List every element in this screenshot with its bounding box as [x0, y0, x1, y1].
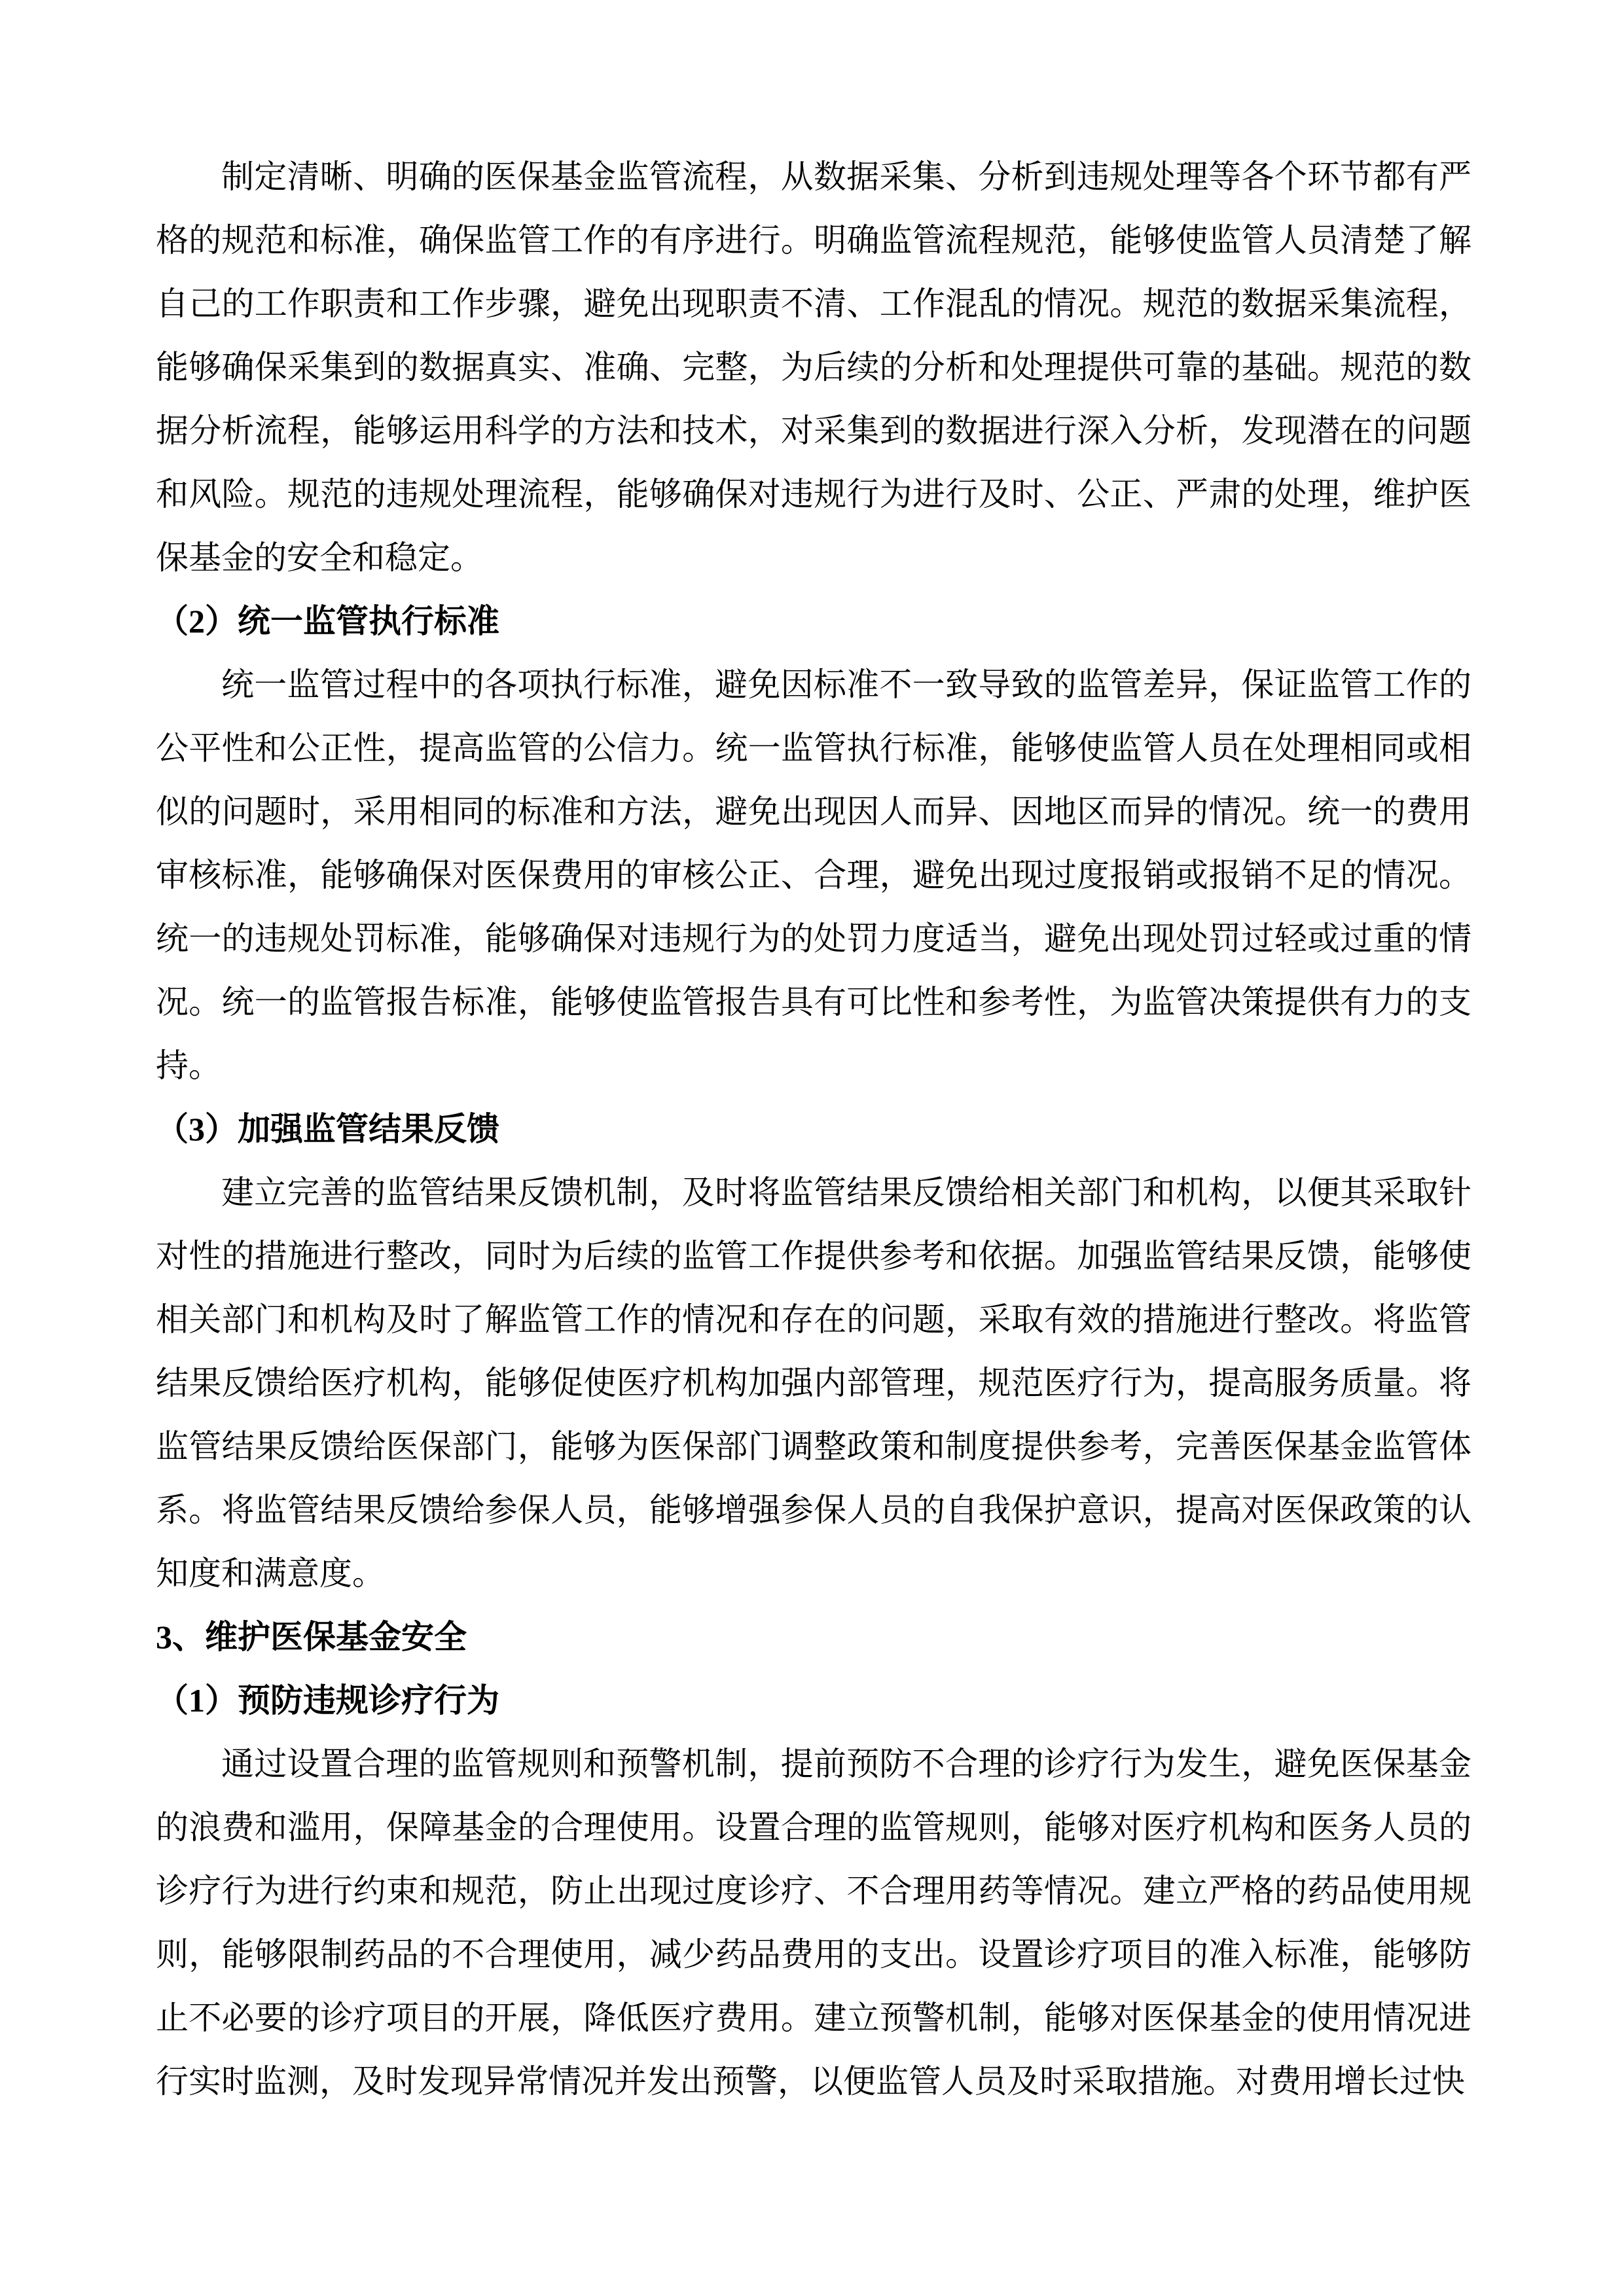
document-content: 制定清晰、明确的医保基金监管流程，从数据采集、分析到违规处理等各个环节都有严格的… [156, 145, 1471, 2113]
paragraph-supervision-process: 制定清晰、明确的医保基金监管流程，从数据采集、分析到违规处理等各个环节都有严格的… [156, 145, 1471, 590]
paragraph-result-feedback-detail: 建立完善的监管结果反馈机制，及时将监管结果反馈给相关部门和机构，以便其采取针对性… [156, 1161, 1471, 1605]
heading-prevent-violation-treatment: （1）预防违规诊疗行为 [156, 1669, 1471, 1732]
heading-strengthen-result-feedback: （3）加强监管结果反馈 [156, 1098, 1471, 1161]
paragraph-prevent-violation-detail: 通过设置合理的监管规则和预警机制，提前预防不合理的诊疗行为发生，避免医保基金的浪… [156, 1732, 1471, 2113]
heading-safeguard-fund-security: 3、维护医保基金安全 [156, 1605, 1471, 1669]
heading-unify-enforcement-standards: （2）统一监管执行标准 [156, 590, 1471, 653]
document-page: 制定清晰、明确的医保基金监管流程，从数据采集、分析到违规处理等各个环节都有严格的… [0, 0, 1624, 2296]
paragraph-unify-standards-detail: 统一监管过程中的各项执行标准，避免因标准不一致导致的监管差异，保证监管工作的公平… [156, 653, 1471, 1098]
